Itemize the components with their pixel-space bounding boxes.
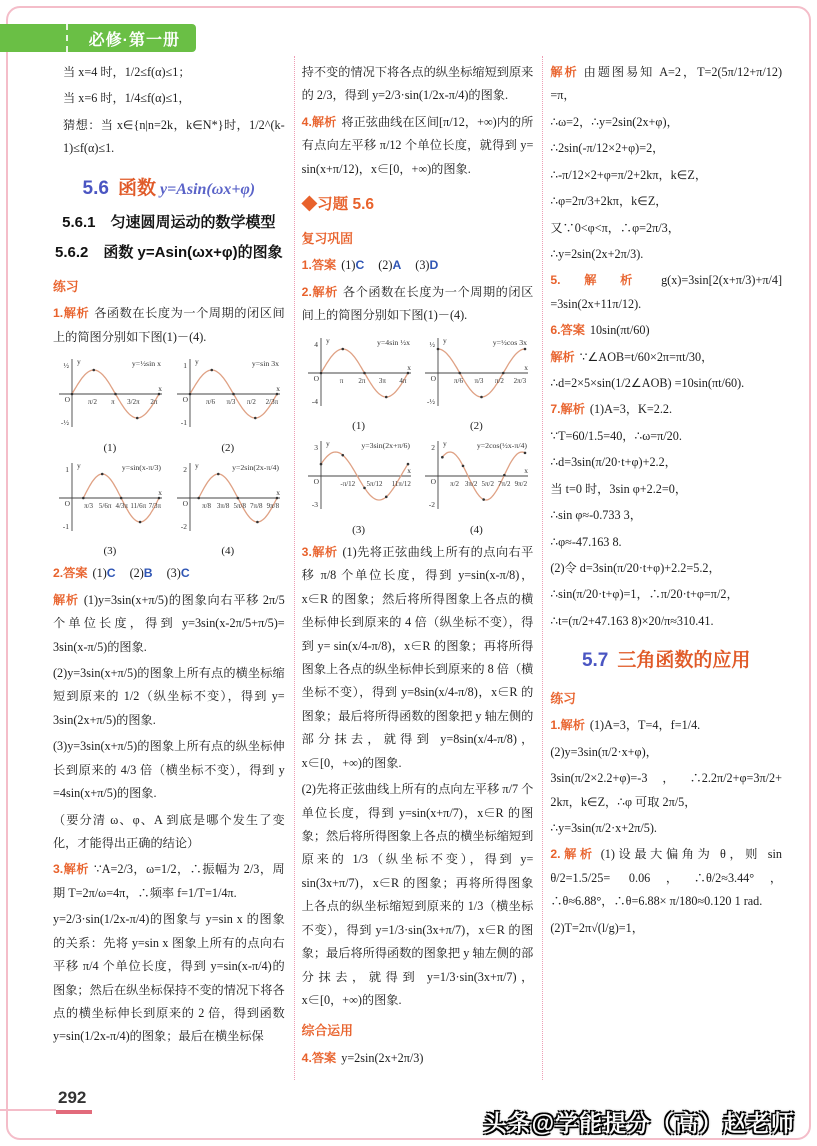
svg-text:-1: -1 — [181, 418, 187, 427]
mini-graph: yxO1-1y=sin 3xπ/6π/3π/22/3π — [175, 355, 281, 433]
answer-letter: C — [355, 258, 364, 272]
svg-text:π/2: π/2 — [88, 398, 97, 406]
graph-caption: (3) — [57, 545, 163, 558]
volume-badge-label: 必修·第一册 — [89, 27, 180, 50]
graph-cell: yxO2-2y=2sin(2x-π/4)π/83π/85π/87π/89π/8(… — [175, 459, 281, 559]
graph-grid: yxO½-½y=½sin xπ/2π3/2π2π(1)yxO1-1y=sin 3… — [53, 355, 285, 558]
svg-text:y=2sin(2x-π/4): y=2sin(2x-π/4) — [232, 463, 279, 472]
paragraph: 2.解析各个函数在长度为一个周期的闭区间上的简图分别如下图(1)－(4). — [302, 281, 534, 328]
paragraph: 解析(1)y=3sin(x+π/5)的图象向右平移 2π/5 个单位长度，得到 … — [53, 589, 285, 659]
svg-text:y=sin(x-π/3): y=sin(x-π/3) — [122, 463, 161, 472]
paragraph: 猜想：当 x∈{n|n=2k，k∈N*}时，1/2^(k-1)≤f(α)≤1. — [63, 114, 285, 161]
svg-text:1: 1 — [65, 465, 69, 474]
exercise-tag: 练习 — [550, 687, 782, 712]
svg-text:π/3: π/3 — [475, 377, 484, 385]
exercise-tag: 复习巩固 — [302, 227, 534, 252]
answer-letter: B — [144, 566, 153, 580]
paragraph: 3.解析(1)先将正弦曲线上所有的点向右平移 π/8 个单位长度，得到 y=si… — [302, 541, 534, 775]
footer-rule — [0, 1109, 56, 1111]
paragraph: ∵T=60/1.5=40，∴ω=π/20. — [550, 425, 782, 448]
item-label: 3.解析 — [302, 545, 338, 559]
svg-text:7π/2: 7π/2 — [498, 480, 511, 488]
svg-text:y: y — [77, 461, 81, 470]
paragraph: ∴d=2×5×sin(1/2∠AOB) =10sin(πt/60). — [550, 372, 782, 395]
textbook-answer-page: 必修·第一册 当 x=4 时，1/2≤f(α)≤1；当 x=6 时，1/4≤f(… — [0, 0, 817, 1146]
svg-text:-2: -2 — [429, 500, 435, 509]
svg-text:y=3sin(2x+π/6): y=3sin(2x+π/6) — [361, 441, 410, 450]
paragraph: 当 x=4 时，1/2≤f(α)≤1； — [63, 61, 285, 84]
column-right: 解析由题图易知 A=2，T=2(5π/12+π/12) =π，∴ω=2，∴y=2… — [542, 56, 791, 1080]
svg-text:y=½cos 3x: y=½cos 3x — [493, 338, 527, 347]
graph-cell: yxO2-2y=2cos(½x-π/4)π/23π/25π/27π/29π/2(… — [423, 437, 529, 537]
graph-grid: yxO4-4y=4sin ½xπ2π3π4π(1)yxO½-½y=½cos 3x… — [302, 334, 534, 537]
svg-text:y=4sin ½x: y=4sin ½x — [377, 338, 410, 347]
svg-text:y: y — [443, 336, 447, 345]
svg-text:5/6π: 5/6π — [99, 502, 112, 510]
item-label: 4.答案 — [302, 1051, 337, 1065]
paragraph: (2)y=3sin(π/2·x+φ)， — [550, 741, 782, 764]
item-label: 2.答案 — [53, 566, 88, 580]
exercise-tag: 练习 — [53, 275, 285, 300]
paragraph: 当 t=0 时，3sin φ+2.2=0， — [550, 478, 782, 501]
svg-text:1: 1 — [183, 361, 187, 370]
graph-cell: yxO1-1y=sin 3xπ/6π/3π/22/3π(2) — [175, 355, 281, 455]
paragraph: 持不变的情况下将各点的纵坐标缩短到原来的 2/3，得到 y=2/3·sin(1/… — [302, 61, 534, 108]
paragraph: 5.解析g(x)=3sin[2(x+π/3)+π/4] =3sin(2x+11π… — [550, 269, 782, 316]
exercise-tag: 综合运用 — [302, 1019, 534, 1044]
item-label: 1.答案 — [302, 258, 337, 272]
item-label: 3.解析 — [53, 862, 89, 876]
svg-text:-2: -2 — [181, 522, 187, 531]
svg-text:2π/3: 2π/3 — [514, 377, 527, 385]
mini-graph: yxO4-4y=4sin ½xπ2π3π4π — [306, 334, 412, 412]
svg-text:y: y — [195, 357, 199, 366]
svg-text:O: O — [431, 374, 437, 383]
item-label: 解析 — [53, 593, 79, 607]
section-heading: 5.6函数y=Asin(ωx+φ) — [53, 171, 285, 207]
paragraph: ∴2sin(-π/12×2+φ)=2， — [550, 137, 782, 160]
svg-text:x: x — [158, 488, 162, 497]
paragraph: y=2/3·sin(1/2x-π/4)的图象与 y=sin x 的图象的关系：先… — [53, 908, 285, 1049]
svg-text:π/2: π/2 — [247, 398, 256, 406]
paragraph: (2)T=2π√(l/g)=1， — [550, 917, 782, 940]
svg-text:y=2cos(½x-π/4): y=2cos(½x-π/4) — [477, 441, 528, 450]
svg-text:π: π — [339, 377, 343, 385]
column-left: 当 x=4 时，1/2≤f(α)≤1；当 x=6 时，1/4≤f(α)≤1，猜想… — [46, 56, 294, 1080]
page-number: 292 — [58, 1088, 86, 1108]
paragraph: ∴d=3sin(π/20·t+φ)+2.2， — [550, 451, 782, 474]
svg-text:y: y — [443, 439, 447, 448]
graph-caption: (4) — [423, 524, 529, 537]
section-number: 5.7 — [582, 650, 608, 671]
svg-text:2/3π: 2/3π — [265, 398, 278, 406]
svg-text:O: O — [64, 499, 70, 508]
svg-text:9π/2: 9π/2 — [515, 480, 528, 488]
svg-text:-½: -½ — [61, 418, 69, 427]
answer-letter: C — [107, 566, 116, 580]
paragraph: ∴sin φ≈-0.733 3， — [550, 504, 782, 527]
svg-text:x: x — [276, 488, 280, 497]
svg-text:π/3: π/3 — [226, 398, 235, 406]
svg-text:x: x — [158, 384, 162, 393]
svg-text:2: 2 — [183, 465, 187, 474]
section-heading: 5.7三角函数的应用 — [550, 643, 782, 679]
svg-text:O: O — [182, 395, 188, 404]
mini-graph: yxO½-½y=½cos 3xπ/6π/3π/22π/3 — [423, 334, 529, 412]
item-label: 5.解析 — [550, 273, 656, 287]
paragraph: 解析∵∠AOB=t/60×2π=πt/30， — [550, 346, 782, 369]
svg-text:π/2: π/2 — [495, 377, 504, 385]
svg-text:π: π — [111, 398, 115, 406]
item-label: 1.解析 — [550, 718, 585, 732]
mini-graph: yxO1-1y=sin(x-π/3)π/35/6π4/3π11/6π7/3π — [57, 459, 163, 537]
paragraph: 4.解析将正弦曲线在区间[π/12，+∞)内的所有点向左平移 π/12 个单位长… — [302, 111, 534, 181]
svg-text:-π/12: -π/12 — [340, 480, 355, 488]
section-title: 函数 — [118, 178, 156, 199]
column-middle: 持不变的情况下将各点的纵坐标缩短到原来的 2/3，得到 y=2/3·sin(1/… — [294, 56, 543, 1080]
svg-text:4: 4 — [314, 340, 318, 349]
svg-text:y: y — [77, 357, 81, 366]
svg-text:5π/2: 5π/2 — [482, 480, 495, 488]
answer-letter: D — [430, 258, 439, 272]
svg-text:x: x — [407, 363, 411, 372]
paragraph: 6.答案10sin(πt/60) — [550, 319, 782, 342]
item-label: 2.解析 — [550, 847, 595, 861]
graph-cell: yxO3-3y=3sin(2x+π/6)-π/125π/1211π/12(3) — [306, 437, 412, 537]
svg-text:3: 3 — [314, 443, 318, 452]
paragraph: 当 x=6 时，1/4≤f(α)≤1， — [63, 87, 285, 110]
paragraph: (2)令 d=3sin(π/20·t+φ)+2.2=5.2， — [550, 557, 782, 580]
graph-cell: yxO1-1y=sin(x-π/3)π/35/6π4/3π11/6π7/3π(3… — [57, 459, 163, 559]
paragraph: ∴y=2sin(2x+2π/3). — [550, 243, 782, 266]
svg-text:x: x — [525, 363, 529, 372]
paragraph: (2)y=3sin(x+π/5)的图象上所有点的横坐标缩短到原来的 1/2（纵坐… — [53, 662, 285, 732]
svg-text:π/8: π/8 — [202, 502, 211, 510]
page-number-underline — [56, 1110, 92, 1114]
graph-cell: yxO4-4y=4sin ½xπ2π3π4π(1) — [306, 334, 412, 434]
svg-text:-3: -3 — [311, 500, 317, 509]
svg-text:11/6π: 11/6π — [130, 502, 146, 510]
svg-text:π/2: π/2 — [451, 480, 460, 488]
mini-graph: yxO2-2y=2cos(½x-π/4)π/23π/25π/27π/29π/2 — [423, 437, 529, 515]
svg-text:2π: 2π — [150, 398, 158, 406]
answer-line: 1.答案(1)C(2)A(3)D — [302, 254, 534, 277]
svg-text:5π/12: 5π/12 — [366, 480, 382, 488]
item-label: 2.解析 — [302, 285, 338, 299]
svg-text:-½: -½ — [427, 397, 435, 406]
paragraph: 3sin(π/2×2.2+φ)=-3，∴2.2π/2+φ=3π/2+ 2kπ，k… — [550, 767, 782, 814]
content-columns: 当 x=4 时，1/2≤f(α)≤1；当 x=6 时，1/4≤f(α)≤1，猜想… — [46, 56, 791, 1080]
svg-text:y: y — [195, 461, 199, 470]
answer-letter: A — [392, 258, 401, 272]
volume-badge: 必修·第一册 — [0, 24, 196, 52]
svg-text:11π/12: 11π/12 — [391, 480, 411, 488]
graph-caption: (2) — [175, 442, 281, 455]
svg-text:4/3π: 4/3π — [115, 502, 128, 510]
item-label: 解析 — [550, 65, 578, 79]
section-formula: y=Asin(ωx+φ) — [160, 181, 255, 198]
paragraph: ∴y=3sin(π/2·x+2π/5). — [550, 817, 782, 840]
paragraph: 3.解析∵A=2/3，ω=1/2，∴振幅为 2/3，周期 T=2π/ω=4π，∴… — [53, 858, 285, 905]
exercise-set-heading: ◆习题 5.6 — [302, 190, 534, 220]
answer-line: 2.答案(1)C(2)B(3)C — [53, 562, 285, 585]
svg-text:7π/8: 7π/8 — [250, 502, 263, 510]
svg-text:3π: 3π — [378, 377, 386, 385]
paragraph: 4.答案y=2sin(2x+2π/3) — [302, 1047, 534, 1070]
svg-text:2π: 2π — [358, 377, 366, 385]
graph-cell: yxO½-½y=½cos 3xπ/6π/3π/22π/3(2) — [423, 334, 529, 434]
svg-text:O: O — [431, 477, 437, 486]
graph-caption: (2) — [423, 420, 529, 433]
item-label: 解析 — [550, 350, 574, 364]
svg-text:4π: 4π — [399, 377, 407, 385]
graph-caption: (3) — [306, 524, 412, 537]
answer-letter: C — [181, 566, 190, 580]
svg-text:-4: -4 — [311, 397, 317, 406]
svg-text:y: y — [326, 439, 330, 448]
svg-text:½: ½ — [63, 361, 69, 370]
svg-text:½: ½ — [430, 340, 436, 349]
graph-caption: (4) — [175, 545, 281, 558]
paragraph: 1.解析各函数在长度为一个周期的闭区间上的简图分别如下图(1)－(4). — [53, 302, 285, 349]
svg-text:y: y — [326, 336, 330, 345]
svg-text:O: O — [64, 395, 70, 404]
paragraph: 解析由题图易知 A=2，T=2(5π/12+π/12) =π， — [550, 61, 782, 108]
subsection-heading: 5.6.2 函数 y=Asin(ωx+φ)的图象 — [53, 239, 285, 268]
paragraph: 1.解析(1)A=3，T=4，f=1/4. — [550, 714, 782, 737]
paragraph: (2)先将正弦曲线上所有的点向左平移 π/7 个单位长度，得到 y=sin(x+… — [302, 778, 534, 1012]
svg-text:O: O — [182, 499, 188, 508]
svg-text:3/2π: 3/2π — [127, 398, 140, 406]
paragraph: 2.解析(1)设最大偏角为 θ，则 sin θ/2=1.5/25= 0.06，∴… — [550, 843, 782, 913]
mini-graph: yxO3-3y=3sin(2x+π/6)-π/125π/1211π/12 — [306, 437, 412, 515]
item-label: 7.解析 — [550, 402, 585, 416]
svg-text:π/6: π/6 — [206, 398, 215, 406]
svg-text:O: O — [313, 477, 319, 486]
watermark-text: 头条@学能提分（高）赵老师 — [484, 1105, 795, 1138]
item-label: 6.答案 — [550, 323, 585, 337]
svg-text:3π/2: 3π/2 — [465, 480, 478, 488]
paragraph: ∴φ=2π/3+2kπ，k∈Z， — [550, 190, 782, 213]
paragraph: 7.解析(1)A=3，K=2.2. — [550, 398, 782, 421]
svg-text:9π/8: 9π/8 — [266, 502, 279, 510]
section-number: 5.6 — [83, 178, 109, 199]
svg-text:y=sin 3x: y=sin 3x — [252, 359, 279, 368]
paragraph: ∴ω=2，∴y=2sin(2x+φ)， — [550, 111, 782, 134]
svg-text:x: x — [407, 466, 411, 475]
svg-text:x: x — [276, 384, 280, 393]
paragraph: (3)y=3sin(x+π/5)的图象上所有点的纵坐标伸长到原来的 4/3 倍（… — [53, 735, 285, 805]
paragraph: 又∵0<φ<π，∴φ=2π/3， — [550, 217, 782, 240]
graph-cell: yxO½-½y=½sin xπ/2π3/2π2π(1) — [57, 355, 163, 455]
item-label: 4.解析 — [302, 115, 337, 129]
section-title: 三角函数的应用 — [617, 650, 750, 671]
graph-caption: (1) — [306, 420, 412, 433]
mini-graph: yxO2-2y=2sin(2x-π/4)π/83π/85π/87π/89π/8 — [175, 459, 281, 537]
paragraph: （要分清 ω、φ、A 到底是哪个发生了变化，才能得出正确的结论） — [53, 809, 285, 856]
paragraph: ∴φ≈-47.163 8. — [550, 531, 782, 554]
svg-text:2: 2 — [432, 443, 436, 452]
paragraph: ∴sin(π/20·t+φ)=1，∴π/20·t+φ=π/2， — [550, 583, 782, 606]
svg-text:π/6: π/6 — [454, 377, 463, 385]
subsection-heading: 5.6.1 匀速圆周运动的数学模型 — [53, 209, 285, 238]
mini-graph: yxO½-½y=½sin xπ/2π3/2π2π — [57, 355, 163, 433]
svg-text:π/3: π/3 — [84, 502, 93, 510]
svg-text:O: O — [313, 374, 319, 383]
svg-text:3π/8: 3π/8 — [217, 502, 230, 510]
item-label: 1.解析 — [53, 306, 89, 320]
paragraph: ∴t=(π/2+47.163 8)×20/π≈310.41. — [550, 610, 782, 633]
graph-caption: (1) — [57, 442, 163, 455]
svg-text:5π/8: 5π/8 — [233, 502, 246, 510]
paragraph: ∴-π/12×2+φ=π/2+2kπ，k∈Z， — [550, 164, 782, 187]
svg-text:x: x — [525, 466, 529, 475]
svg-text:7/3π: 7/3π — [149, 502, 162, 510]
svg-text:-1: -1 — [63, 522, 69, 531]
svg-text:y=½sin x: y=½sin x — [132, 359, 161, 368]
